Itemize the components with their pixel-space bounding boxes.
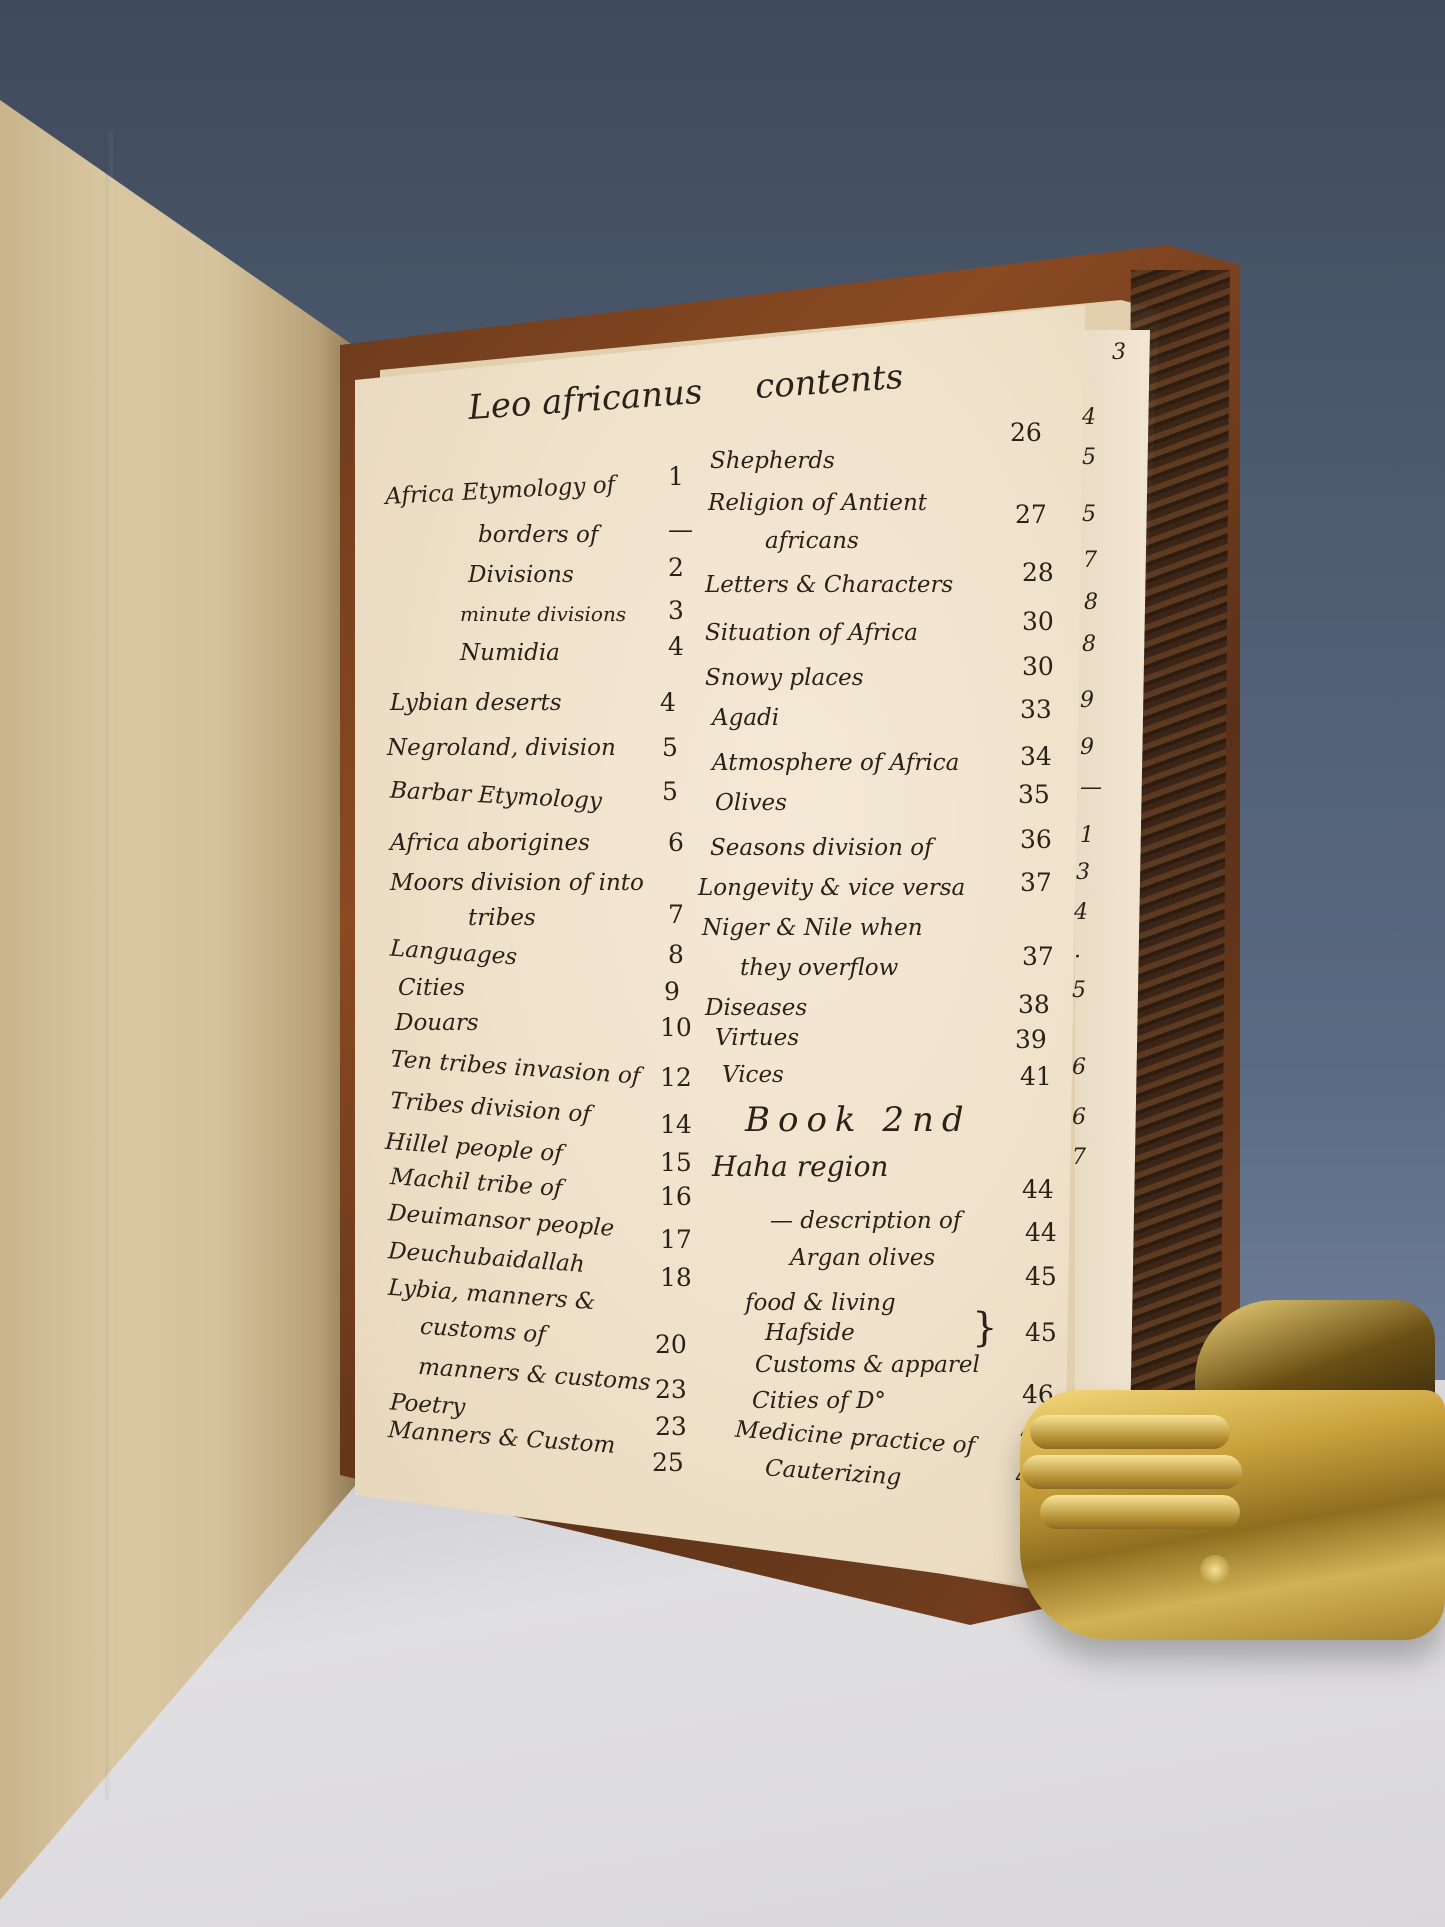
toc-entry: Seasons division of [710,835,933,861]
strip-number: 5 [1082,445,1096,470]
toc-page: 8 [668,940,684,969]
toc-page: — [668,515,693,544]
toc-page: 12 [660,1063,692,1092]
brace-mark: } [972,1305,997,1351]
toc-page: 4 [660,688,676,717]
toc-entry: they overflow [740,955,898,981]
brass-finger [1022,1455,1242,1489]
toc-page: 17 [660,1225,692,1254]
toc-entry: Argan olives [790,1245,935,1271]
toc-entry: food & living [745,1290,896,1316]
toc-page: 33 [1020,695,1052,724]
toc-entry: Moors division of into [390,870,644,896]
toc-entry: Hafside [765,1320,855,1346]
strip-number: 3 [1076,860,1090,885]
brass-finger [1030,1415,1230,1449]
strip-number: 7 [1083,548,1097,573]
toc-entry: Agadi [712,705,779,731]
strip-number: 1 [1080,823,1094,848]
toc-entry: Cities [398,975,465,1001]
strip-number: 8 [1082,632,1096,657]
toc-entry: Atmosphere of Africa [712,750,959,776]
toc-page: 16 [660,1182,692,1211]
toc-page: 5 [662,777,678,806]
toc-page: 18 [660,1263,692,1292]
toc-entry: Shepherds [710,448,835,474]
toc-entry: Douars [395,1010,479,1036]
toc-entry: Poetry [389,1389,466,1420]
toc-page: 4 [668,632,684,661]
book-two-heading: Book 2nd [745,1100,972,1140]
toc-entry: borders of [478,522,598,548]
toc-entry: Lybian deserts [390,690,562,716]
toc-page: 34 [1020,742,1052,771]
toc-entry: Divisions [468,562,574,588]
toc-page: 37 [1022,942,1054,971]
strip-number: 4 [1074,900,1088,925]
toc-page: 25 [652,1448,684,1477]
toc-page: 37 [1020,868,1052,897]
toc-page: 5 [662,733,678,762]
toc-page: 30 [1022,652,1054,681]
toc-page: 2 [668,553,684,582]
toc-page: 15 [660,1148,692,1177]
toc-page: 30 [1022,607,1054,636]
toc-entry: Africa aborigines [390,830,590,856]
toc-entry: Religion of Antient [708,490,927,516]
strip-number: 7 [1072,1145,1086,1170]
toc-page: 23 [655,1412,687,1441]
toc-entry: — description of [770,1208,961,1234]
toc-page: 26 [1010,418,1042,447]
toc-page: 28 [1022,558,1054,587]
strip-number: 6 [1072,1105,1086,1130]
toc-page: 35 [1018,780,1050,809]
toc-page: 44 [1022,1175,1054,1204]
toc-entry: Negroland, division [387,735,616,761]
toc-page: 14 [660,1110,692,1139]
toc-entry: africans [765,528,859,554]
toc-entry: tribes [468,905,536,931]
toc-entry: Snowy places [705,665,864,691]
toc-page: 20 [655,1330,687,1359]
strip-number: — [1080,775,1102,800]
toc-entry: Cities of D° [752,1388,886,1414]
toc-page: 7 [668,900,684,929]
toc-page: 27 [1015,500,1047,529]
strip-number: 6 [1072,1055,1086,1080]
strip-number: 8 [1084,590,1098,615]
toc-page: 38 [1018,990,1050,1019]
toc-entry: Longevity & vice versa [698,875,965,901]
toc-page: 1 [668,462,684,491]
corner-page-number: 3 [1112,340,1126,365]
flyleaf-crease [105,0,113,1927]
toc-page: 41 [1020,1062,1052,1091]
brass-finger [1040,1495,1240,1529]
toc-page: 45 [1025,1262,1057,1291]
strip-number: 9 [1080,688,1094,713]
toc-page: 36 [1020,825,1052,854]
toc-page: 6 [668,828,684,857]
toc-entry: Customs & apparel [755,1352,980,1378]
toc-entry: Vices [722,1062,784,1088]
toc-entry: Diseases [705,995,807,1021]
toc-page: 45 [1025,1318,1057,1347]
toc-page: 3 [668,596,684,625]
strip-number: 4 [1082,405,1096,430]
strip-number: 5 [1072,978,1086,1003]
toc-entry: Numidia [460,640,560,666]
brass-ring-ornament [1200,1555,1230,1585]
toc-entry: minute divisions [460,602,626,626]
toc-page: 9 [664,977,680,1006]
toc-entry: Olives [715,790,787,816]
strip-number: · [1074,945,1081,970]
toc-entry: Virtues [715,1025,799,1051]
toc-page: 10 [660,1013,692,1042]
toc-page: 39 [1015,1025,1047,1054]
toc-entry: Situation of Africa [705,620,918,646]
strip-number: 9 [1080,735,1094,760]
toc-page: 44 [1025,1218,1057,1247]
strip-number: 5 [1082,502,1096,527]
toc-entry: Haha region [712,1150,888,1183]
toc-entry: Niger & Nile when [702,915,923,941]
toc-entry: Letters & Characters [705,572,953,598]
toc-page: 23 [655,1375,687,1404]
